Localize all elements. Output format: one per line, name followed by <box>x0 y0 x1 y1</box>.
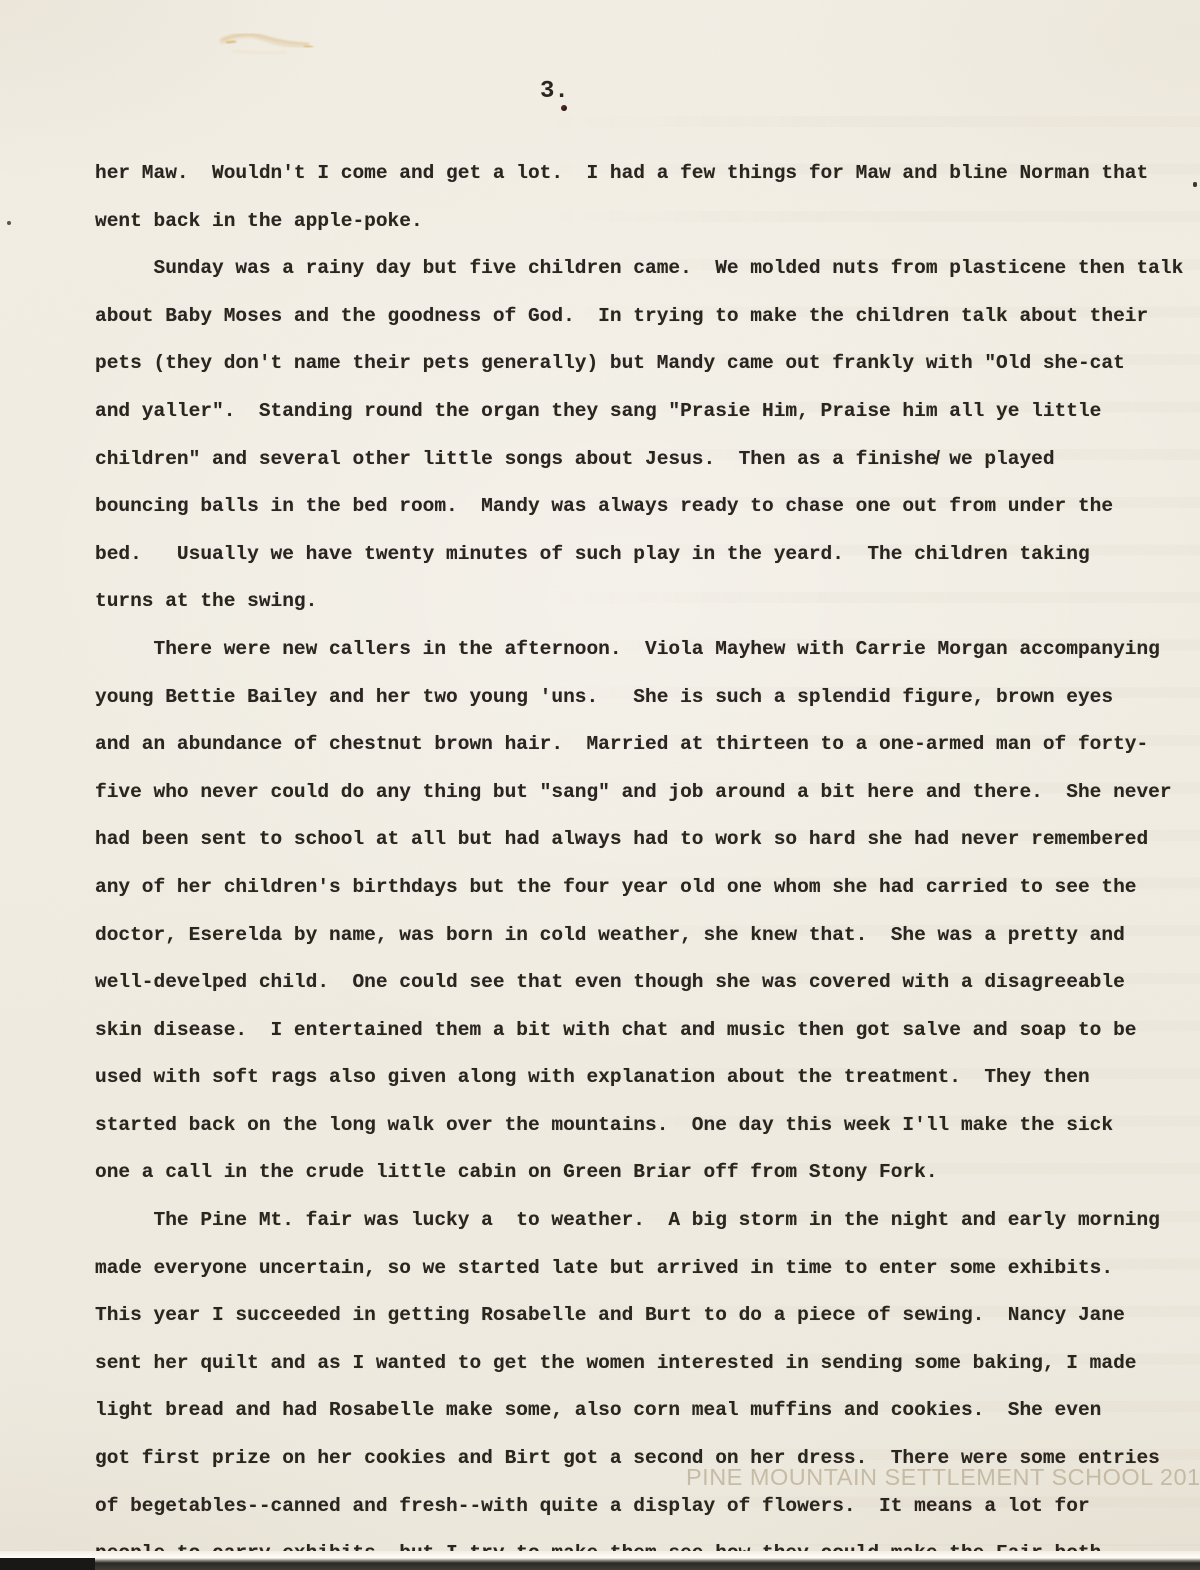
ink-speck <box>1193 182 1197 187</box>
text-line: of begetables--canned and fresh--with qu… <box>95 1483 1200 1531</box>
text-line: children" and several other little songs… <box>95 436 1200 484</box>
typewritten-text: her Maw. Wouldn't I come and get a lot. … <box>95 150 1200 1570</box>
text-line: bouncing balls in the bed room. Mandy wa… <box>95 483 1200 531</box>
text-line: doctor, Eserelda by name, was born in co… <box>95 912 1200 960</box>
text-line: went back in the apple-poke. <box>95 198 1200 246</box>
text-line: got first prize on her cookies and Birt … <box>95 1435 1200 1483</box>
text-line: There were new callers in the afternoon.… <box>95 626 1200 674</box>
text-line: about Baby Moses and the goodness of God… <box>95 293 1200 341</box>
text-line: started back on the long walk over the m… <box>95 1102 1200 1150</box>
text-line: skin disease. I entertained them a bit w… <box>95 1007 1200 1055</box>
text-line: had been sent to school at all but had a… <box>95 816 1200 864</box>
text-line: her Maw. Wouldn't I come and get a lot. … <box>95 150 1200 198</box>
text-line: one a call in the crude little cabin on … <box>95 1149 1200 1197</box>
ink-speck <box>561 105 567 111</box>
text-line: light bread and had Rosabelle make some,… <box>95 1387 1200 1435</box>
scan-bottom-edge <box>0 1551 1200 1570</box>
text-line: made everyone uncertain, so we started l… <box>95 1245 1200 1293</box>
text-line: well-develped child. One could see that … <box>95 959 1200 1007</box>
text-line: five who never could do any thing but "s… <box>95 769 1200 817</box>
text-line: turns at the swing. <box>95 578 1200 626</box>
paper-crease-mark <box>212 20 342 65</box>
text-line: bed. Usually we have twenty minutes of s… <box>95 531 1200 579</box>
text-line: young Bettie Bailey and her two young 'u… <box>95 674 1200 722</box>
ink-speck <box>7 221 11 225</box>
text-line: The Pine Mt. fair was lucky a to weather… <box>95 1197 1200 1245</box>
text-line: sent her quilt and as I wanted to get th… <box>95 1340 1200 1388</box>
text-line: Sunday was a rainy day but five children… <box>95 245 1200 293</box>
page-number: 3. <box>540 78 569 105</box>
text-line: This year I succeeded in getting Rosabel… <box>95 1292 1200 1340</box>
scanned-document-page: PINE MOUNTAIN SETTLEMENT SCHOOL 2015 3. … <box>0 0 1200 1570</box>
text-line: any of her children's birthdays but the … <box>95 864 1200 912</box>
text-line: used with soft rags also given along wit… <box>95 1054 1200 1102</box>
text-line: and an abundance of chestnut brown hair.… <box>95 721 1200 769</box>
text-line: pets (they don't name their pets general… <box>95 340 1200 388</box>
text-line: and yaller". Standing round the organ th… <box>95 388 1200 436</box>
